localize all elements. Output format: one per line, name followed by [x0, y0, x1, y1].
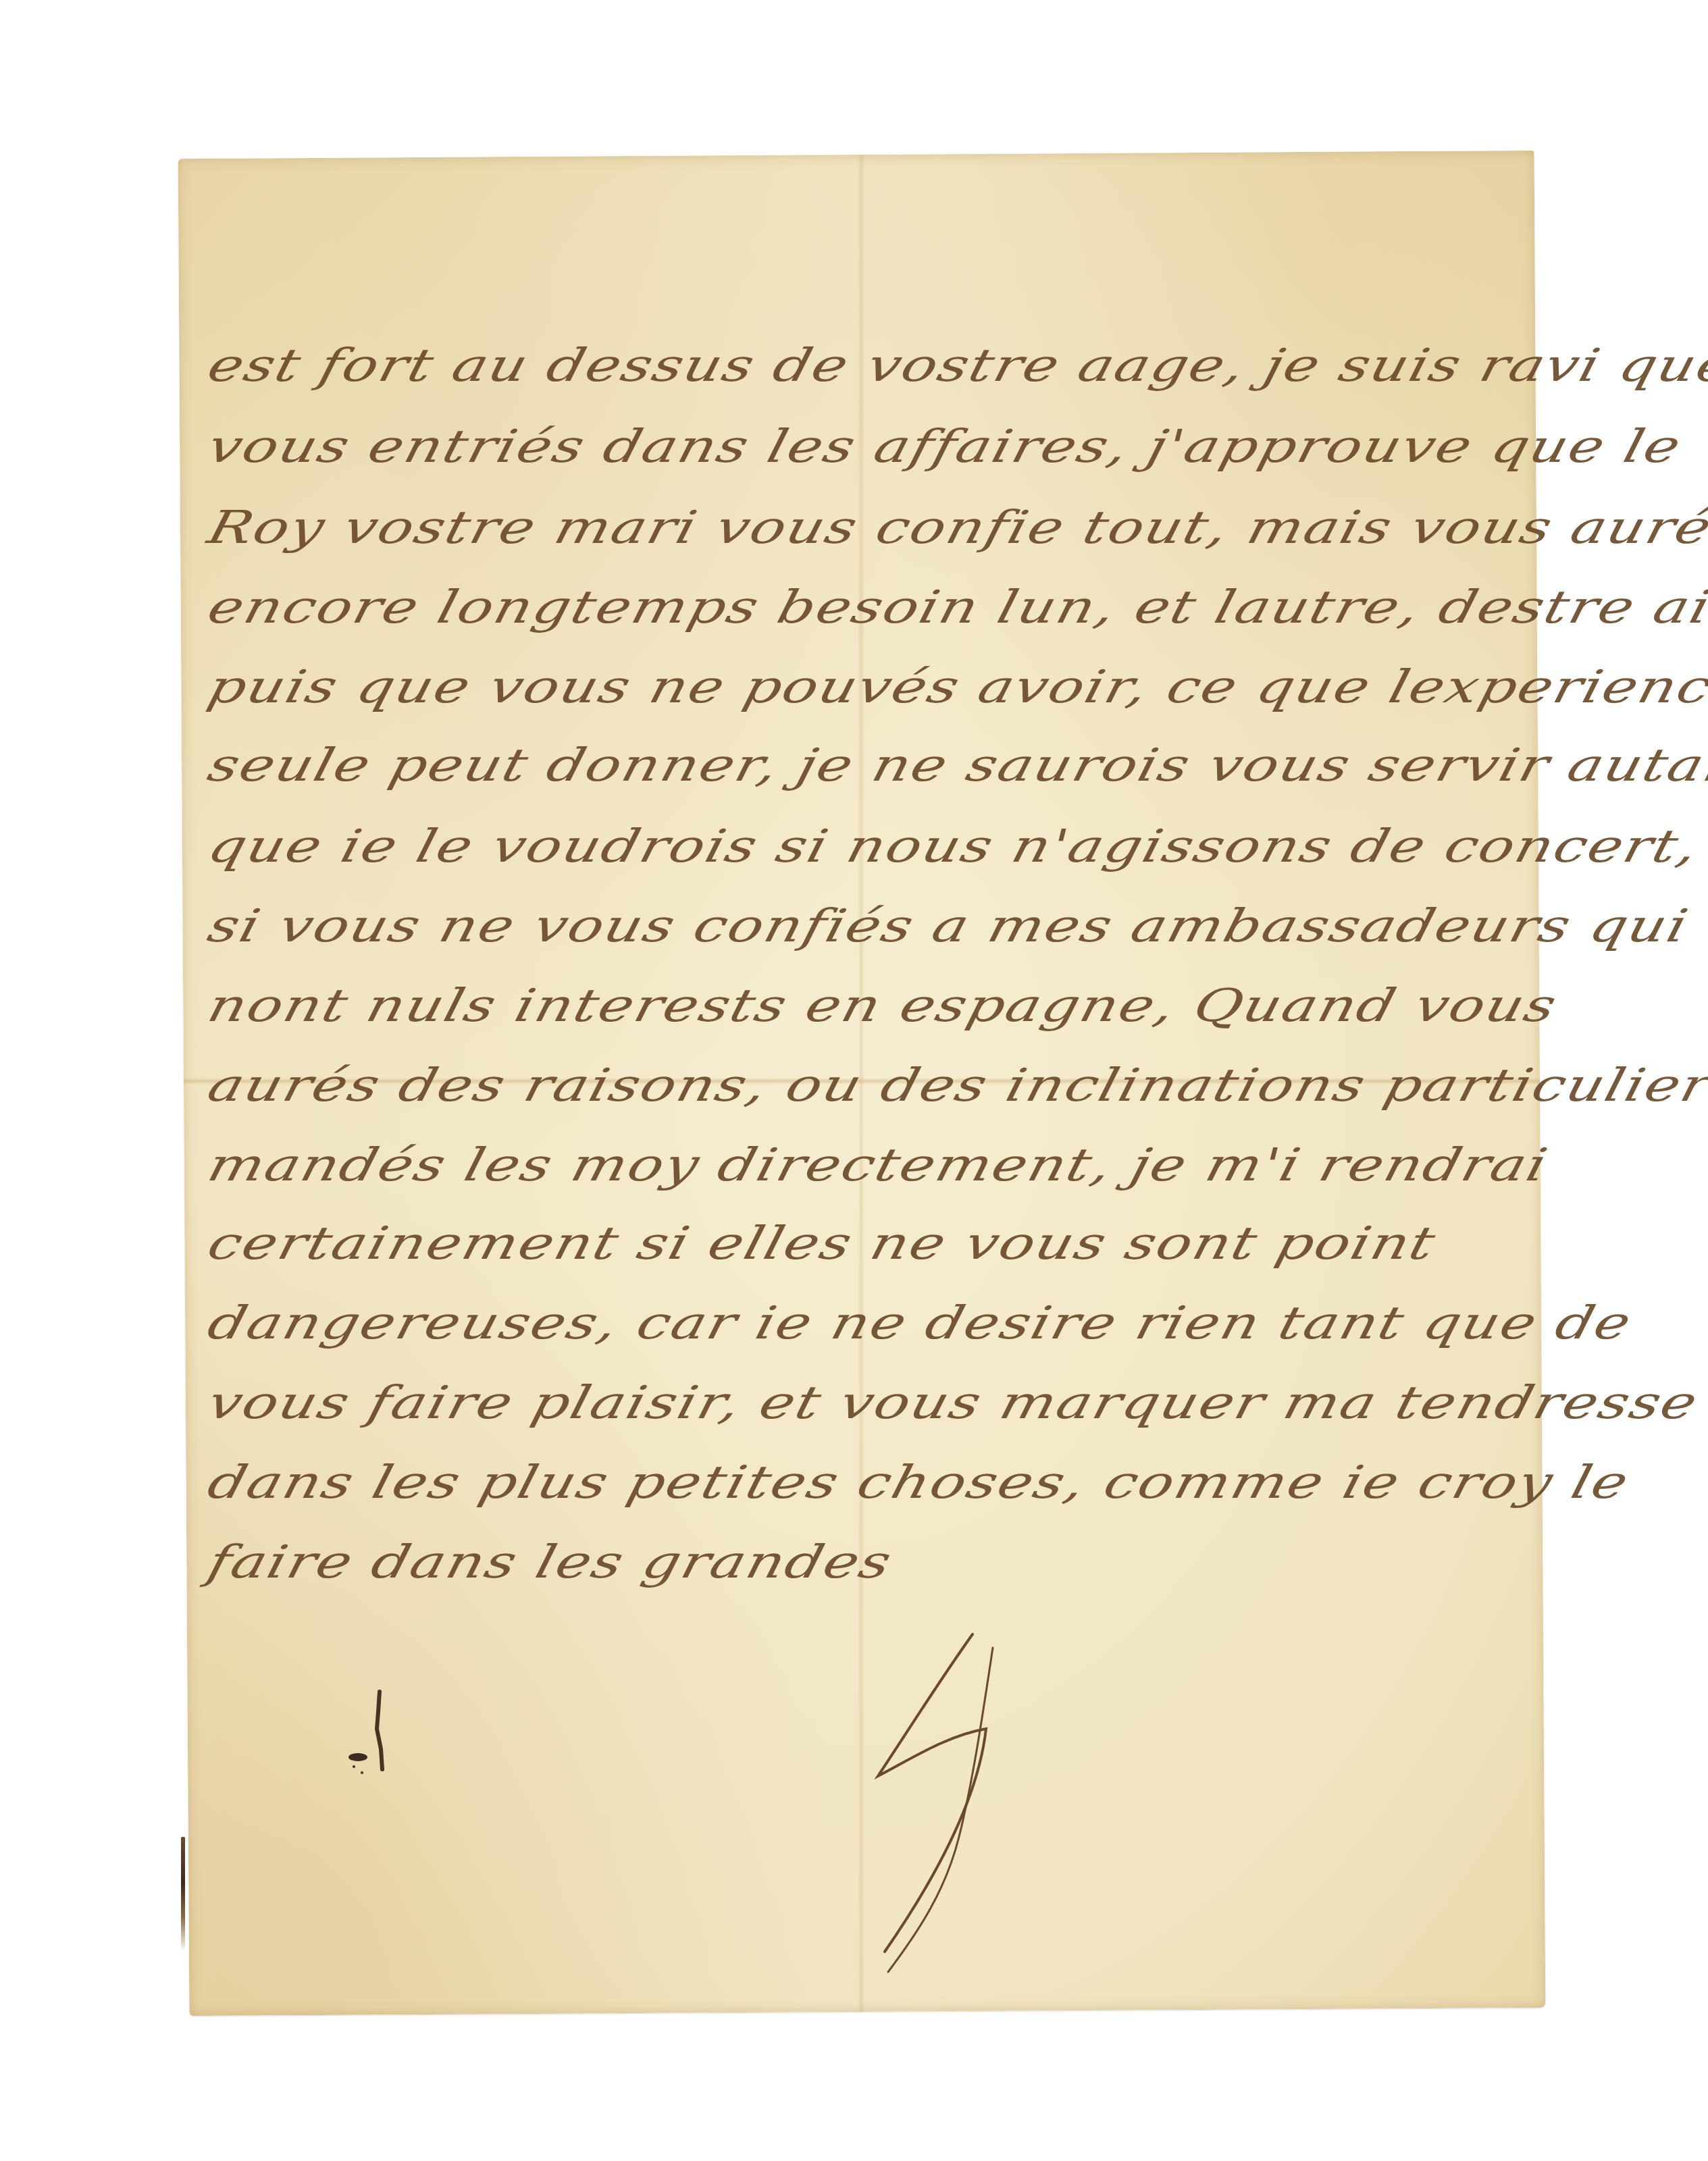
letter-line-10: aurés des raisons, ou des inclinations p…: [203, 1059, 1708, 1112]
letter-line-6: seule peut donner, je ne saurois vous se…: [203, 739, 1708, 791]
letter-line-5: puis que vous ne pouvés avoir, ce que le…: [203, 660, 1708, 713]
letter-line-15: dans les plus petites choses, comme ie c…: [203, 1456, 1634, 1509]
letter-line-4: encore longtemps besoin lun, et lautre, …: [203, 581, 1708, 633]
letter-line-11: mandés les moy directement, je m'i rendr…: [203, 1139, 1554, 1191]
letter-line-12: certainement si elles ne vous sont point: [203, 1217, 1442, 1270]
letter-line-13: dangereuses, car ie ne desire rien tant …: [203, 1297, 1637, 1349]
letter-photo: est fort au dessus de vostre aage, je su…: [0, 0, 1708, 2161]
signature-paraph-icon: [864, 1621, 1013, 1985]
left-edge-damage: [181, 1837, 185, 1952]
letter-line-1: est fort au dessus de vostre aage, je su…: [203, 339, 1708, 392]
letter-line-2: vous entriés dans les affaires, j'approu…: [203, 420, 1687, 473]
letter-line-16: faire dans les grandes: [203, 1536, 898, 1588]
letter-line-9: nont nuls interests en espagne, Quand vo…: [203, 979, 1563, 1032]
letter-line-7: que ie le voudrois si nous n'agissons de…: [203, 820, 1705, 873]
letter-line-8: si vous ne vous confiés a mes ambassadeu…: [203, 900, 1694, 952]
letter-line-14: vous faire plaisir, et vous marquer ma t…: [203, 1376, 1704, 1429]
ink-blot-icon: [344, 1688, 398, 1783]
letter-line-3: Roy vostre mari vous confie tout, mais v…: [203, 501, 1708, 554]
